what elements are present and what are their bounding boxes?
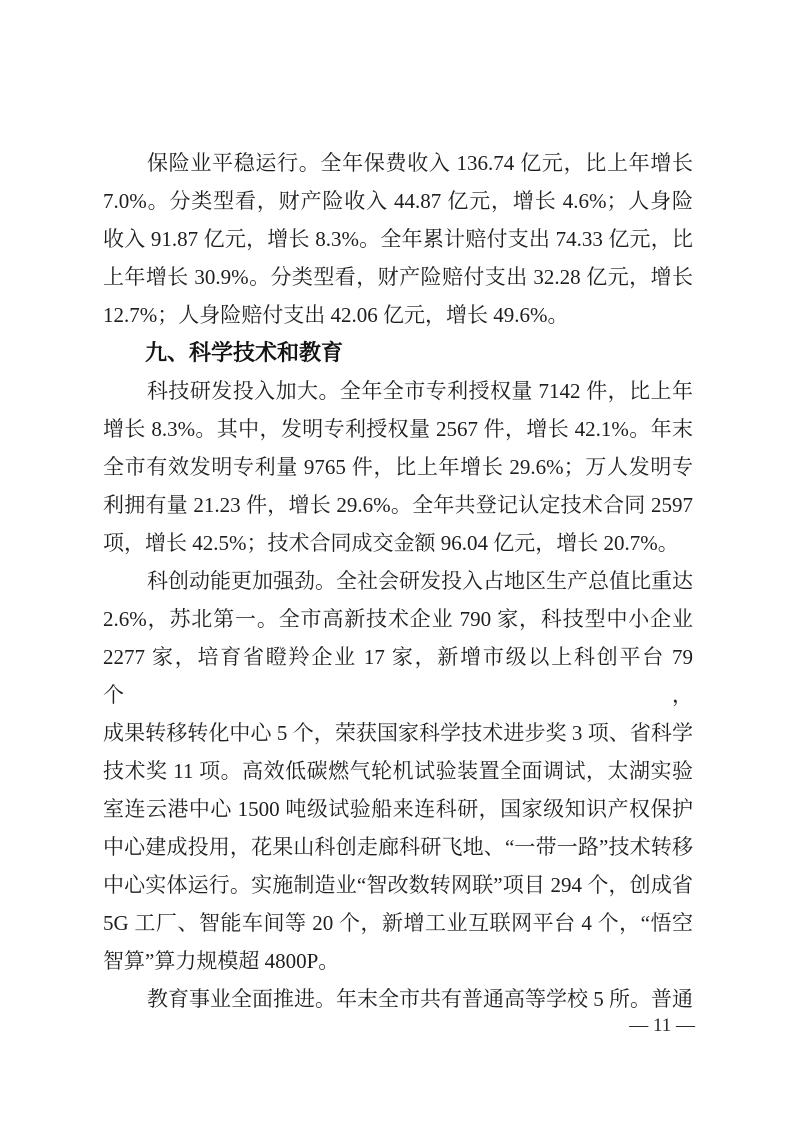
text-line: 利拥有量 21.23 件，增长 29.6%。全年共登记认定技术合同 2597	[103, 486, 693, 524]
text-line: 技术奖 11 项。高效低碳燃气轮机试验装置全面调试，太湖实验	[103, 752, 693, 790]
text-line: 项，增长 42.5%；技术合同成交金额 96.04 亿元，增长 20.7%。	[103, 524, 693, 562]
text-line: 5G 工厂、智能车间等 20 个，新增工业互联网平台 4 个，“悟空	[103, 904, 693, 942]
text-line: 科创动能更加强劲。全社会研发投入占地区生产总值比重达	[103, 562, 693, 600]
text-line: 收入 91.87 亿元，增长 8.3%。全年累计赔付支出 74.33 亿元，比	[103, 220, 693, 258]
text-line: 智算”算力规模超 4800P。	[103, 942, 693, 980]
text-line: 7.0%。分类型看，财产险收入 44.87 亿元，增长 4.6%；人身险	[103, 182, 693, 220]
text-line: 上年增长 30.9%。分类型看，财产险赔付支出 32.28 亿元，增长	[103, 258, 693, 296]
text-line: 增长 8.3%。其中，发明专利授权量 2567 件，增长 42.1%。年末	[103, 410, 693, 448]
page-number: — 11 —	[629, 1015, 695, 1036]
text-line: 2277 家，培育省瞪羚企业 17 家，新增市级以上科创平台 79 个，	[103, 638, 693, 714]
text-line: 全市有效发明专利量 9765 件，比上年增长 29.6%；万人发明专	[103, 448, 693, 486]
text-line: 中心实体运行。实施制造业“智改数转网联”项目 294 个，创成省	[103, 866, 693, 904]
text-line: 保险业平稳运行。全年保费收入 136.74 亿元，比上年增长	[103, 144, 693, 182]
text-line: 科技研发投入加大。全年全市专利授权量 7142 件，比上年	[103, 372, 693, 410]
text-line: 室连云港中心 1500 吨级试验船来连科研，国家级知识产权保护	[103, 790, 693, 828]
document-body: 保险业平稳运行。全年保费收入 136.74 亿元，比上年增长 7.0%。分类型看…	[103, 144, 693, 1018]
text-line: 成果转移转化中心 5 个，荣获国家科学技术进步奖 3 项、省科学	[103, 714, 693, 752]
text-line: 2.6%，苏北第一。全市高新技术企业 790 家，科技型中小企业	[103, 600, 693, 638]
text-line: 中心建成投用，花果山科创走廊科研飞地、“一带一路”技术转移	[103, 828, 693, 866]
section-heading: 九、科学技术和教育	[103, 334, 693, 372]
document-page: 保险业平稳运行。全年保费收入 136.74 亿元，比上年增长 7.0%。分类型看…	[0, 0, 794, 1123]
page-footer: — 11 —	[629, 1014, 695, 1038]
text-line: 12.7%；人身险赔付支出 42.06 亿元，增长 49.6%。	[103, 296, 693, 334]
text-line: 教育事业全面推进。年末全市共有普通高等学校 5 所。普通	[103, 980, 693, 1018]
